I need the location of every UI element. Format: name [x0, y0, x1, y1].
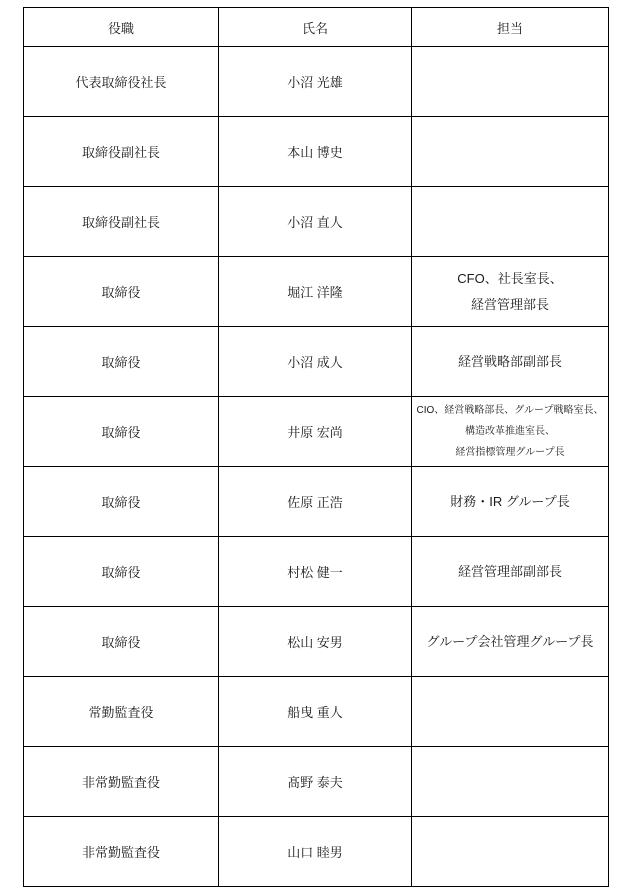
- column-header-position: 役職: [24, 8, 219, 47]
- name-cell: 小沼 光雄: [219, 47, 412, 117]
- duty-line: CIO、経営戦略部長、グループ戦略室長、: [412, 400, 608, 421]
- position-cell: 取締役: [24, 257, 219, 327]
- name-cell: 堀江 洋隆: [219, 257, 412, 327]
- table-row: 取締役堀江 洋隆CFO、社長室長、経営管理部長: [24, 257, 609, 327]
- position-cell: 常勤監査役: [24, 677, 219, 747]
- name-cell: 松山 安男: [219, 607, 412, 677]
- duty-cell: グループ会社管理グループ長: [412, 607, 609, 677]
- duty-cell: 財務・IR グループ長: [412, 467, 609, 537]
- position-cell: 取締役: [24, 467, 219, 537]
- position-cell: 取締役副社長: [24, 187, 219, 257]
- position-cell: 非常勤監査役: [24, 817, 219, 887]
- duty-line: 財務・IR グループ長: [412, 489, 608, 515]
- table-row: 取締役副社長小沼 直人: [24, 187, 609, 257]
- duty-line: 構造改革推進室長、: [412, 421, 608, 442]
- name-cell: 山口 睦男: [219, 817, 412, 887]
- name-cell: 村松 健一: [219, 537, 412, 607]
- duty-cell: [412, 747, 609, 817]
- table-row: 取締役副社長本山 博史: [24, 117, 609, 187]
- duty-line: 経営管理部副部長: [412, 559, 608, 585]
- duty-cell: CIO、経営戦略部長、グループ戦略室長、構造改革推進室長、経営指標管理グループ長: [412, 397, 609, 467]
- duty-line: 経営戦略部副部長: [412, 349, 608, 375]
- table-row: 取締役井原 宏尚CIO、経営戦略部長、グループ戦略室長、構造改革推進室長、経営指…: [24, 397, 609, 467]
- name-cell: 小沼 成人: [219, 327, 412, 397]
- table-row: 取締役小沼 成人経営戦略部副部長: [24, 327, 609, 397]
- duty-line: CFO、社長室長、: [412, 266, 608, 292]
- page: 役職 氏名 担当 代表取締役社長小沼 光雄取締役副社長本山 博史取締役副社長小沼…: [0, 0, 635, 894]
- table-row: 取締役村松 健一経営管理部副部長: [24, 537, 609, 607]
- duty-cell: [412, 677, 609, 747]
- name-cell: 本山 博史: [219, 117, 412, 187]
- duty-cell: [412, 187, 609, 257]
- duty-cell: [412, 817, 609, 887]
- table-row: 非常勤監査役髙野 泰夫: [24, 747, 609, 817]
- position-cell: 取締役: [24, 607, 219, 677]
- position-cell: 取締役: [24, 537, 219, 607]
- position-cell: 代表取締役社長: [24, 47, 219, 117]
- officers-table: 役職 氏名 担当 代表取締役社長小沼 光雄取締役副社長本山 博史取締役副社長小沼…: [23, 7, 609, 887]
- position-cell: 取締役: [24, 327, 219, 397]
- table-row: 取締役佐原 正浩財務・IR グループ長: [24, 467, 609, 537]
- duty-cell: 経営戦略部副部長: [412, 327, 609, 397]
- duty-line: グループ会社管理グループ長: [412, 629, 608, 655]
- duty-cell: [412, 117, 609, 187]
- name-cell: 小沼 直人: [219, 187, 412, 257]
- duty-cell: 経営管理部副部長: [412, 537, 609, 607]
- name-cell: 髙野 泰夫: [219, 747, 412, 817]
- table-row: 取締役松山 安男グループ会社管理グループ長: [24, 607, 609, 677]
- header-row: 役職 氏名 担当: [24, 8, 609, 47]
- column-header-duty: 担当: [412, 8, 609, 47]
- position-cell: 非常勤監査役: [24, 747, 219, 817]
- duty-line: 経営指標管理グループ長: [412, 442, 608, 463]
- table-row: 常勤監査役船曳 重人: [24, 677, 609, 747]
- duty-cell: [412, 47, 609, 117]
- position-cell: 取締役副社長: [24, 117, 219, 187]
- duty-cell: CFO、社長室長、経営管理部長: [412, 257, 609, 327]
- table-row: 非常勤監査役山口 睦男: [24, 817, 609, 887]
- table-body: 代表取締役社長小沼 光雄取締役副社長本山 博史取締役副社長小沼 直人取締役堀江 …: [24, 47, 609, 887]
- position-cell: 取締役: [24, 397, 219, 467]
- column-header-name: 氏名: [219, 8, 412, 47]
- table-row: 代表取締役社長小沼 光雄: [24, 47, 609, 117]
- name-cell: 船曳 重人: [219, 677, 412, 747]
- name-cell: 佐原 正浩: [219, 467, 412, 537]
- duty-line: 経営管理部長: [412, 292, 608, 318]
- name-cell: 井原 宏尚: [219, 397, 412, 467]
